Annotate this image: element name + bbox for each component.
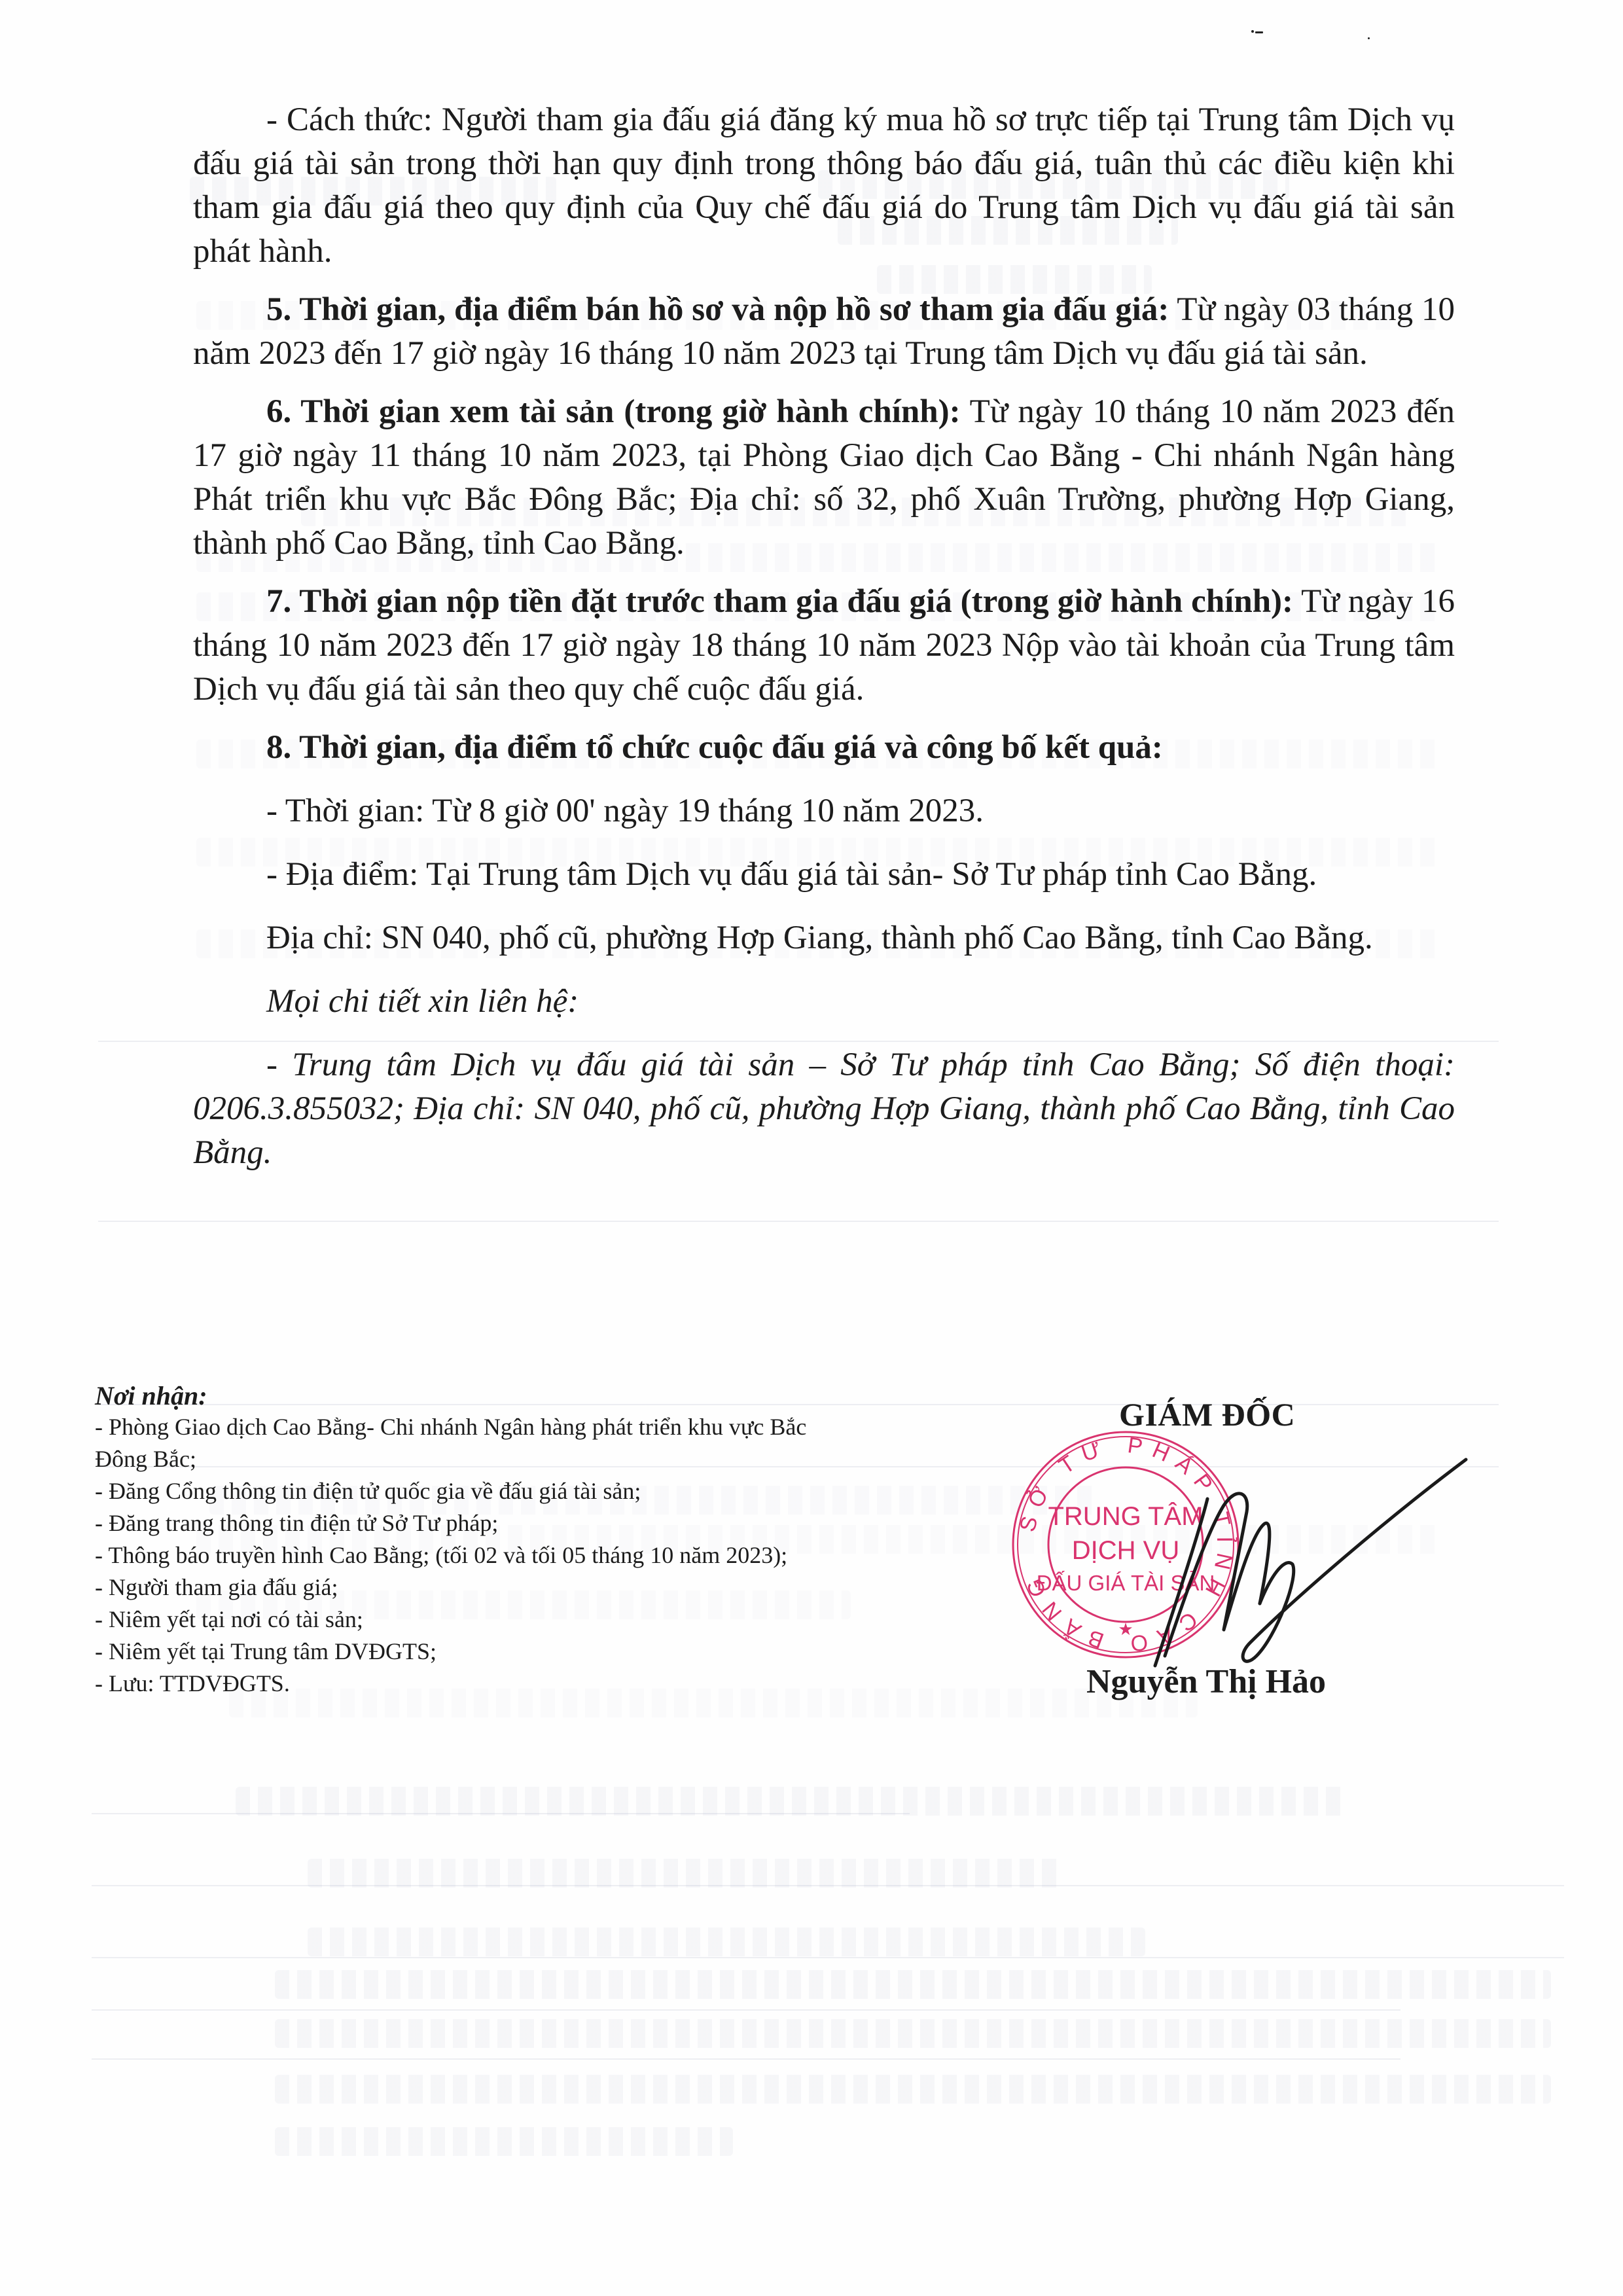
recipient-item: - Niêm yết tại Trung tâm DVĐGTS;: [95, 1636, 847, 1668]
section-text: Địa chỉ: SN 040, phố cũ, phường Hợp Gian…: [266, 920, 1373, 956]
recipient-item: - Người tham gia đấu giá;: [95, 1571, 847, 1604]
section-8-time: - Thời gian: Từ 8 giờ 00' ngày 19 tháng …: [193, 789, 1455, 833]
section-6: 6. Thời gian xem tài sản (trong giờ hành…: [193, 390, 1455, 565]
section-heading: 8. Thời gian, địa điểm tổ chức cuộc đấu …: [266, 729, 1163, 766]
section-heading: 7. Thời gian nộp tiền đặt trước tham gia…: [266, 583, 1293, 620]
handwritten-signature-icon: [1126, 1440, 1531, 1676]
recipient-item: - Thông báo truyền hình Cao Bằng; (tối 0…: [95, 1539, 847, 1571]
recipient-item: - Phòng Giao dịch Cao Bằng- Chi nhánh Ng…: [95, 1411, 847, 1475]
section-heading: 6. Thời gian xem tài sản (trong giờ hành…: [266, 393, 961, 430]
section-5: 5. Thời gian, địa điểm bán hồ sơ và nộp …: [193, 288, 1455, 376]
recipient-item: - Lưu: TTDVĐGTS.: [95, 1668, 847, 1700]
document-page: - Cách thức: Người tham gia đấu giá đăng…: [0, 0, 1623, 2296]
section-7: 7. Thời gian nộp tiền đặt trước tham gia…: [193, 580, 1455, 711]
contact-heading: Mọi chi tiết xin liên hệ:: [193, 980, 1455, 1024]
section-8-place: - Địa điểm: Tại Trung tâm Dịch vụ đấu gi…: [193, 853, 1455, 897]
section-text: - Thời gian: Từ 8 giờ 00' ngày 19 tháng …: [266, 793, 984, 829]
section-text: - Địa điểm: Tại Trung tâm Dịch vụ đấu gi…: [266, 856, 1317, 893]
scan-speck: [1368, 37, 1370, 39]
scan-speck: [1255, 31, 1263, 33]
signature-block: SỞ TƯ PHÁP TỈNH CAO BẰNG TRUNG TÂM DỊCH …: [1008, 1388, 1531, 1715]
paragraph-text: - Cách thức: Người tham gia đấu giá đăng…: [193, 101, 1455, 270]
contact-details: - Trung tâm Dịch vụ đấu giá tài sản – Sở…: [193, 1043, 1455, 1175]
recipient-item: - Đăng trang thông tin điện tử Sở Tư phá…: [95, 1507, 847, 1539]
contact-text: - Trung tâm Dịch vụ đấu giá tài sản – Sở…: [193, 1047, 1455, 1171]
recipients-heading: Nơi nhận:: [95, 1381, 847, 1411]
section-heading: 5. Thời gian, địa điểm bán hồ sơ và nộp …: [266, 291, 1169, 328]
signatory-title: GIÁM ĐỐC: [1119, 1395, 1295, 1433]
scan-speck: [1251, 30, 1254, 33]
recipient-item: - Niêm yết tại nơi có tài sản;: [95, 1604, 847, 1636]
recipient-item: - Đăng Cổng thông tin điện tử quốc gia v…: [95, 1475, 847, 1507]
section-8-address: Địa chỉ: SN 040, phố cũ, phường Hợp Gian…: [193, 916, 1455, 960]
signatory-name: Nguyễn Thị Hảo: [1086, 1662, 1326, 1701]
recipients-block: Nơi nhận: - Phòng Giao dịch Cao Bằng- Ch…: [95, 1381, 847, 1700]
section-8-heading: 8. Thời gian, địa điểm tổ chức cuộc đấu …: [193, 726, 1455, 770]
notice-body: - Cách thức: Người tham gia đấu giá đăng…: [193, 98, 1455, 1189]
paragraph-method: - Cách thức: Người tham gia đấu giá đăng…: [193, 98, 1455, 274]
contact-heading-text: Mọi chi tiết xin liên hệ:: [266, 983, 579, 1020]
